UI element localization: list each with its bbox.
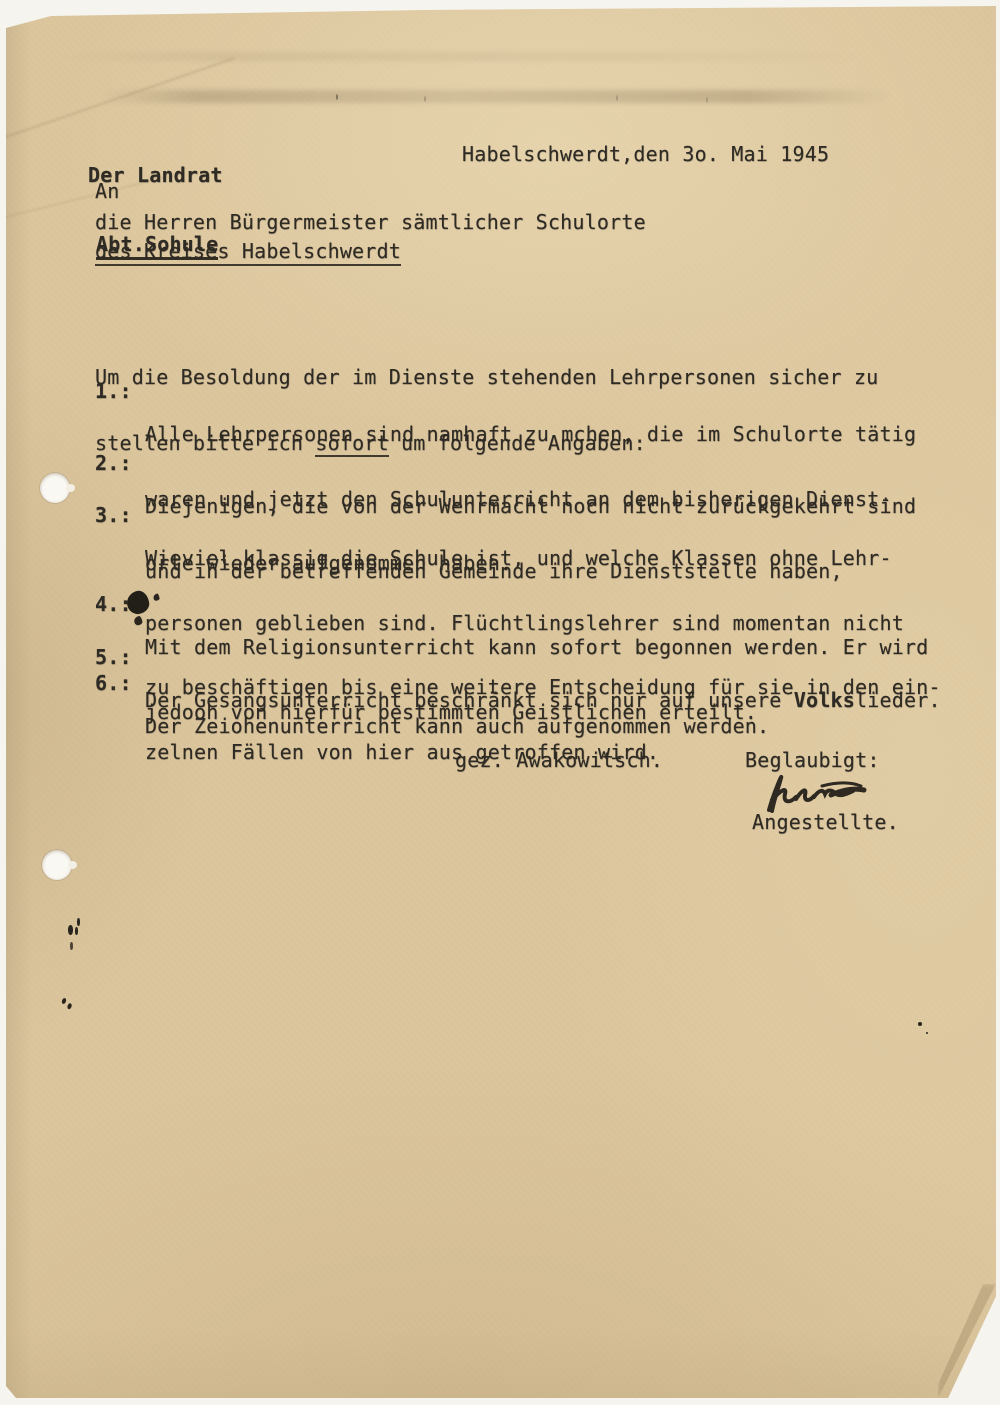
dog-ear-shadow (938, 1284, 996, 1398)
bleed-through-smudge (101, 90, 891, 103)
salutation: An (95, 181, 119, 203)
ink-speck (68, 925, 73, 935)
item-number: 5.: (95, 647, 145, 669)
item-line: Der Zeiohenunterricht kann auch aufgenom… (145, 716, 769, 738)
item-line: Wieviel klassig die Schule ist, und welc… (145, 548, 941, 570)
list-item-6: 6.: Der Zeiohenunterricht kann auch aufg… (95, 673, 769, 781)
punch-hole-bottom (42, 850, 72, 880)
ink-speck (918, 1022, 922, 1026)
item-number: 3.: (95, 505, 145, 527)
letter-page: Der Landrat Abt.Sohule Habelschwerdt,den… (6, 6, 996, 1398)
overstruck-word: Volks (794, 688, 855, 712)
item-number: 6.: (95, 673, 145, 695)
recipient-line-1: die Herren Bürgermeister sämtlicher Schu… (95, 212, 646, 234)
dateline: Habelschwerdt,den 3o. Mai 1945 (462, 144, 829, 166)
recipient-line-2: des Kreises Habelschwerdt (95, 241, 401, 263)
bleed-through-smudge (61, 52, 861, 61)
certified-role: Angestellte. (752, 812, 899, 834)
item-number: 1.: (95, 381, 145, 403)
item-number: 2.: (95, 453, 145, 475)
smudge-tick (336, 94, 338, 100)
ink-speck (61, 997, 67, 1004)
item-line: Alle Lehrpersonen sind namhaft zu mchen,… (145, 424, 916, 446)
closing-signed-name: gez. Awakowitsch. (455, 750, 663, 772)
punch-hole-top (40, 473, 70, 503)
